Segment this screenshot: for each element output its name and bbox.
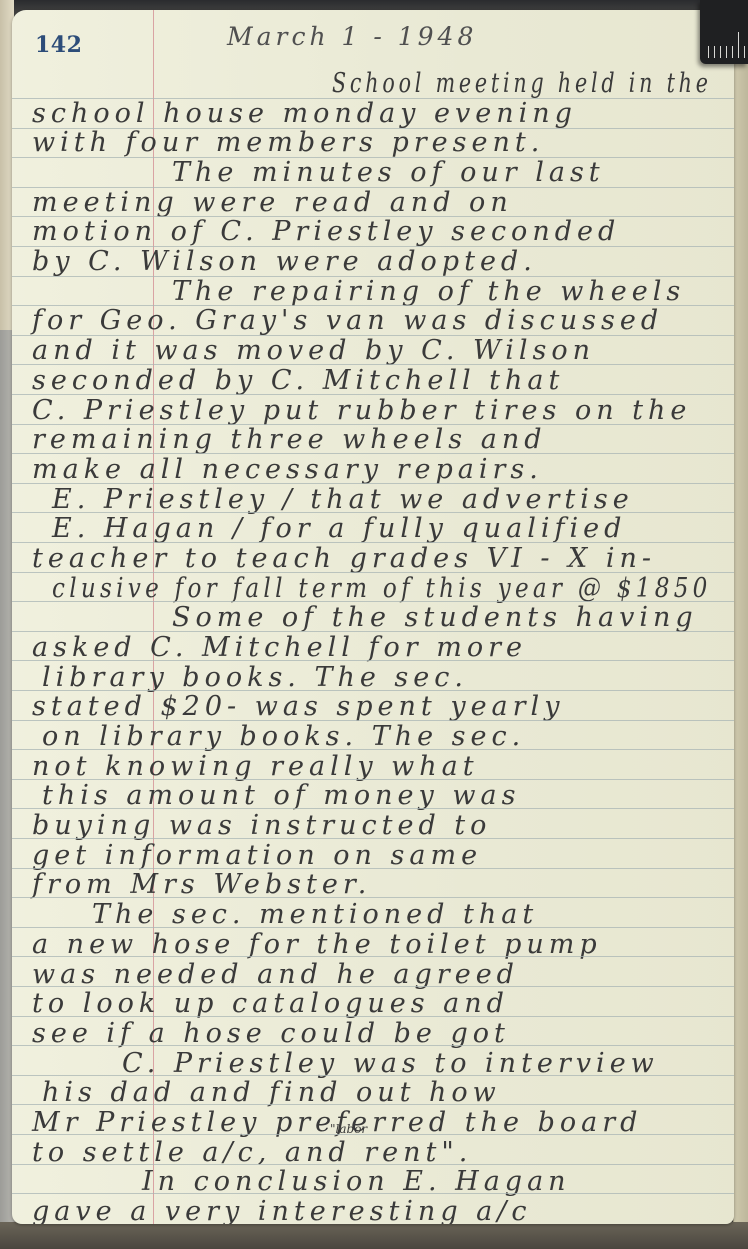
handwritten-line: to look up catalogues and <box>32 990 509 1017</box>
handwritten-line: this amount of money was <box>42 782 520 809</box>
handwritten-line: motion of C. Priestley seconded <box>32 218 620 245</box>
handwritten-line: E. Hagan / for a fully qualified <box>52 515 626 542</box>
handwritten-line: seconded by C. Mitchell that <box>32 367 564 394</box>
handwritten-line: buying was instructed to <box>32 812 491 839</box>
entry-date: March 1 - 1948 <box>227 24 477 49</box>
ruled-line <box>12 601 734 602</box>
handwritten-line: School meeting held in the <box>332 70 712 97</box>
handwritten-line: from Mrs Webster. <box>32 871 371 898</box>
ruled-line <box>12 424 734 425</box>
ruled-line <box>12 897 734 898</box>
handwritten-line: teacher to teach grades VI - X in- <box>32 545 656 572</box>
handwritten-line: C. Priestley was to interview <box>122 1050 659 1077</box>
ruler-tick <box>732 46 733 58</box>
ruler-tick <box>744 46 745 58</box>
photo-backdrop-bottom <box>0 1222 748 1249</box>
ruled-line <box>12 216 734 217</box>
ruled-line <box>12 453 734 454</box>
ruled-line <box>12 838 734 839</box>
ruled-line <box>12 335 734 336</box>
handwritten-line: to settle a/c, and rent". <box>32 1139 472 1166</box>
handwritten-line: remaining three wheels and <box>32 426 547 453</box>
handwritten-line: clusive for fall term of this year @ $18… <box>52 575 712 602</box>
page-stack-edge <box>733 10 748 1225</box>
handwritten-line: gave a very interesting a/c <box>32 1198 532 1224</box>
ruler-tick <box>738 32 739 58</box>
ruled-line <box>12 631 734 632</box>
handwritten-line: The sec. mentioned that <box>92 901 538 928</box>
handwritten-line: library books. The sec. <box>42 664 468 691</box>
ruled-line <box>12 364 734 365</box>
handwritten-line: get information on same <box>32 842 482 869</box>
handwritten-line: see if a hose could be got <box>32 1020 510 1047</box>
handwritten-line: a new hose for the toilet pump <box>32 931 602 958</box>
ruled-line <box>12 1075 734 1076</box>
ruled-line <box>12 276 734 277</box>
ruled-line <box>12 512 734 513</box>
ruled-line <box>12 572 734 573</box>
insertion-note: "labor <box>330 1123 367 1135</box>
handwritten-line: stated $20- was spent yearly <box>32 693 564 720</box>
ruled-line <box>12 986 734 987</box>
handwritten-line: Some of the students having <box>172 604 698 631</box>
ruled-line <box>12 868 734 869</box>
ruled-line <box>12 1045 734 1046</box>
ruled-line <box>12 394 734 395</box>
ruled-line <box>12 157 734 158</box>
ruled-line <box>12 1104 734 1105</box>
ruled-line <box>12 956 734 957</box>
ruled-line <box>12 542 734 543</box>
ruled-line <box>12 1193 734 1194</box>
handwritten-line: on library books. The sec. <box>42 723 525 750</box>
ruled-line <box>12 1016 734 1017</box>
ruled-line <box>12 1164 734 1165</box>
handwritten-line: was needed and he agreed <box>32 961 519 988</box>
ruled-line <box>12 128 734 129</box>
ruled-line <box>12 98 734 99</box>
handwritten-line: The repairing of the wheels <box>172 278 685 305</box>
ruled-line <box>12 720 734 721</box>
ruled-line <box>12 187 734 188</box>
ruler <box>700 0 748 64</box>
ruled-line <box>12 1134 734 1135</box>
page-number: 142 <box>35 32 82 58</box>
handwritten-line: In conclusion E. Hagan <box>142 1168 571 1195</box>
handwritten-line: E. Priestley / that we advertise <box>52 486 634 513</box>
ruled-line <box>12 305 734 306</box>
handwritten-line: meeting were read and on <box>32 189 513 216</box>
ruled-line <box>12 927 734 928</box>
handwritten-line: school house monday evening <box>32 100 577 127</box>
ruler-tick <box>708 46 709 58</box>
ruled-line <box>12 808 734 809</box>
handwritten-line: The minutes of our last <box>172 159 605 186</box>
ruled-line <box>12 779 734 780</box>
handwritten-line: C. Priestley put rubber tires on the <box>32 397 691 424</box>
handwritten-line: make all necessary repairs. <box>32 456 543 483</box>
ruler-tick <box>714 46 715 58</box>
handwritten-line: with four members present. <box>32 129 544 156</box>
ruled-line <box>12 749 734 750</box>
handwritten-line: asked C. Mitchell for more <box>32 634 527 661</box>
handwritten-line: and it was moved by C. Wilson <box>32 337 595 364</box>
ruled-line <box>12 246 734 247</box>
handwritten-line: by C. Wilson were adopted. <box>32 248 537 275</box>
ledger-page: 142 March 1 - 1948 School meeting held i… <box>12 10 734 1224</box>
ruler-tick <box>726 46 727 58</box>
handwritten-line: not knowing really what <box>32 753 479 780</box>
handwritten-line: his dad and find out how <box>42 1079 501 1106</box>
ruled-line <box>12 690 734 691</box>
ruled-line <box>12 660 734 661</box>
ruler-tick <box>720 46 721 58</box>
handwritten-line: for Geo. Gray's van was discussed <box>32 307 663 334</box>
ruled-line <box>12 483 734 484</box>
